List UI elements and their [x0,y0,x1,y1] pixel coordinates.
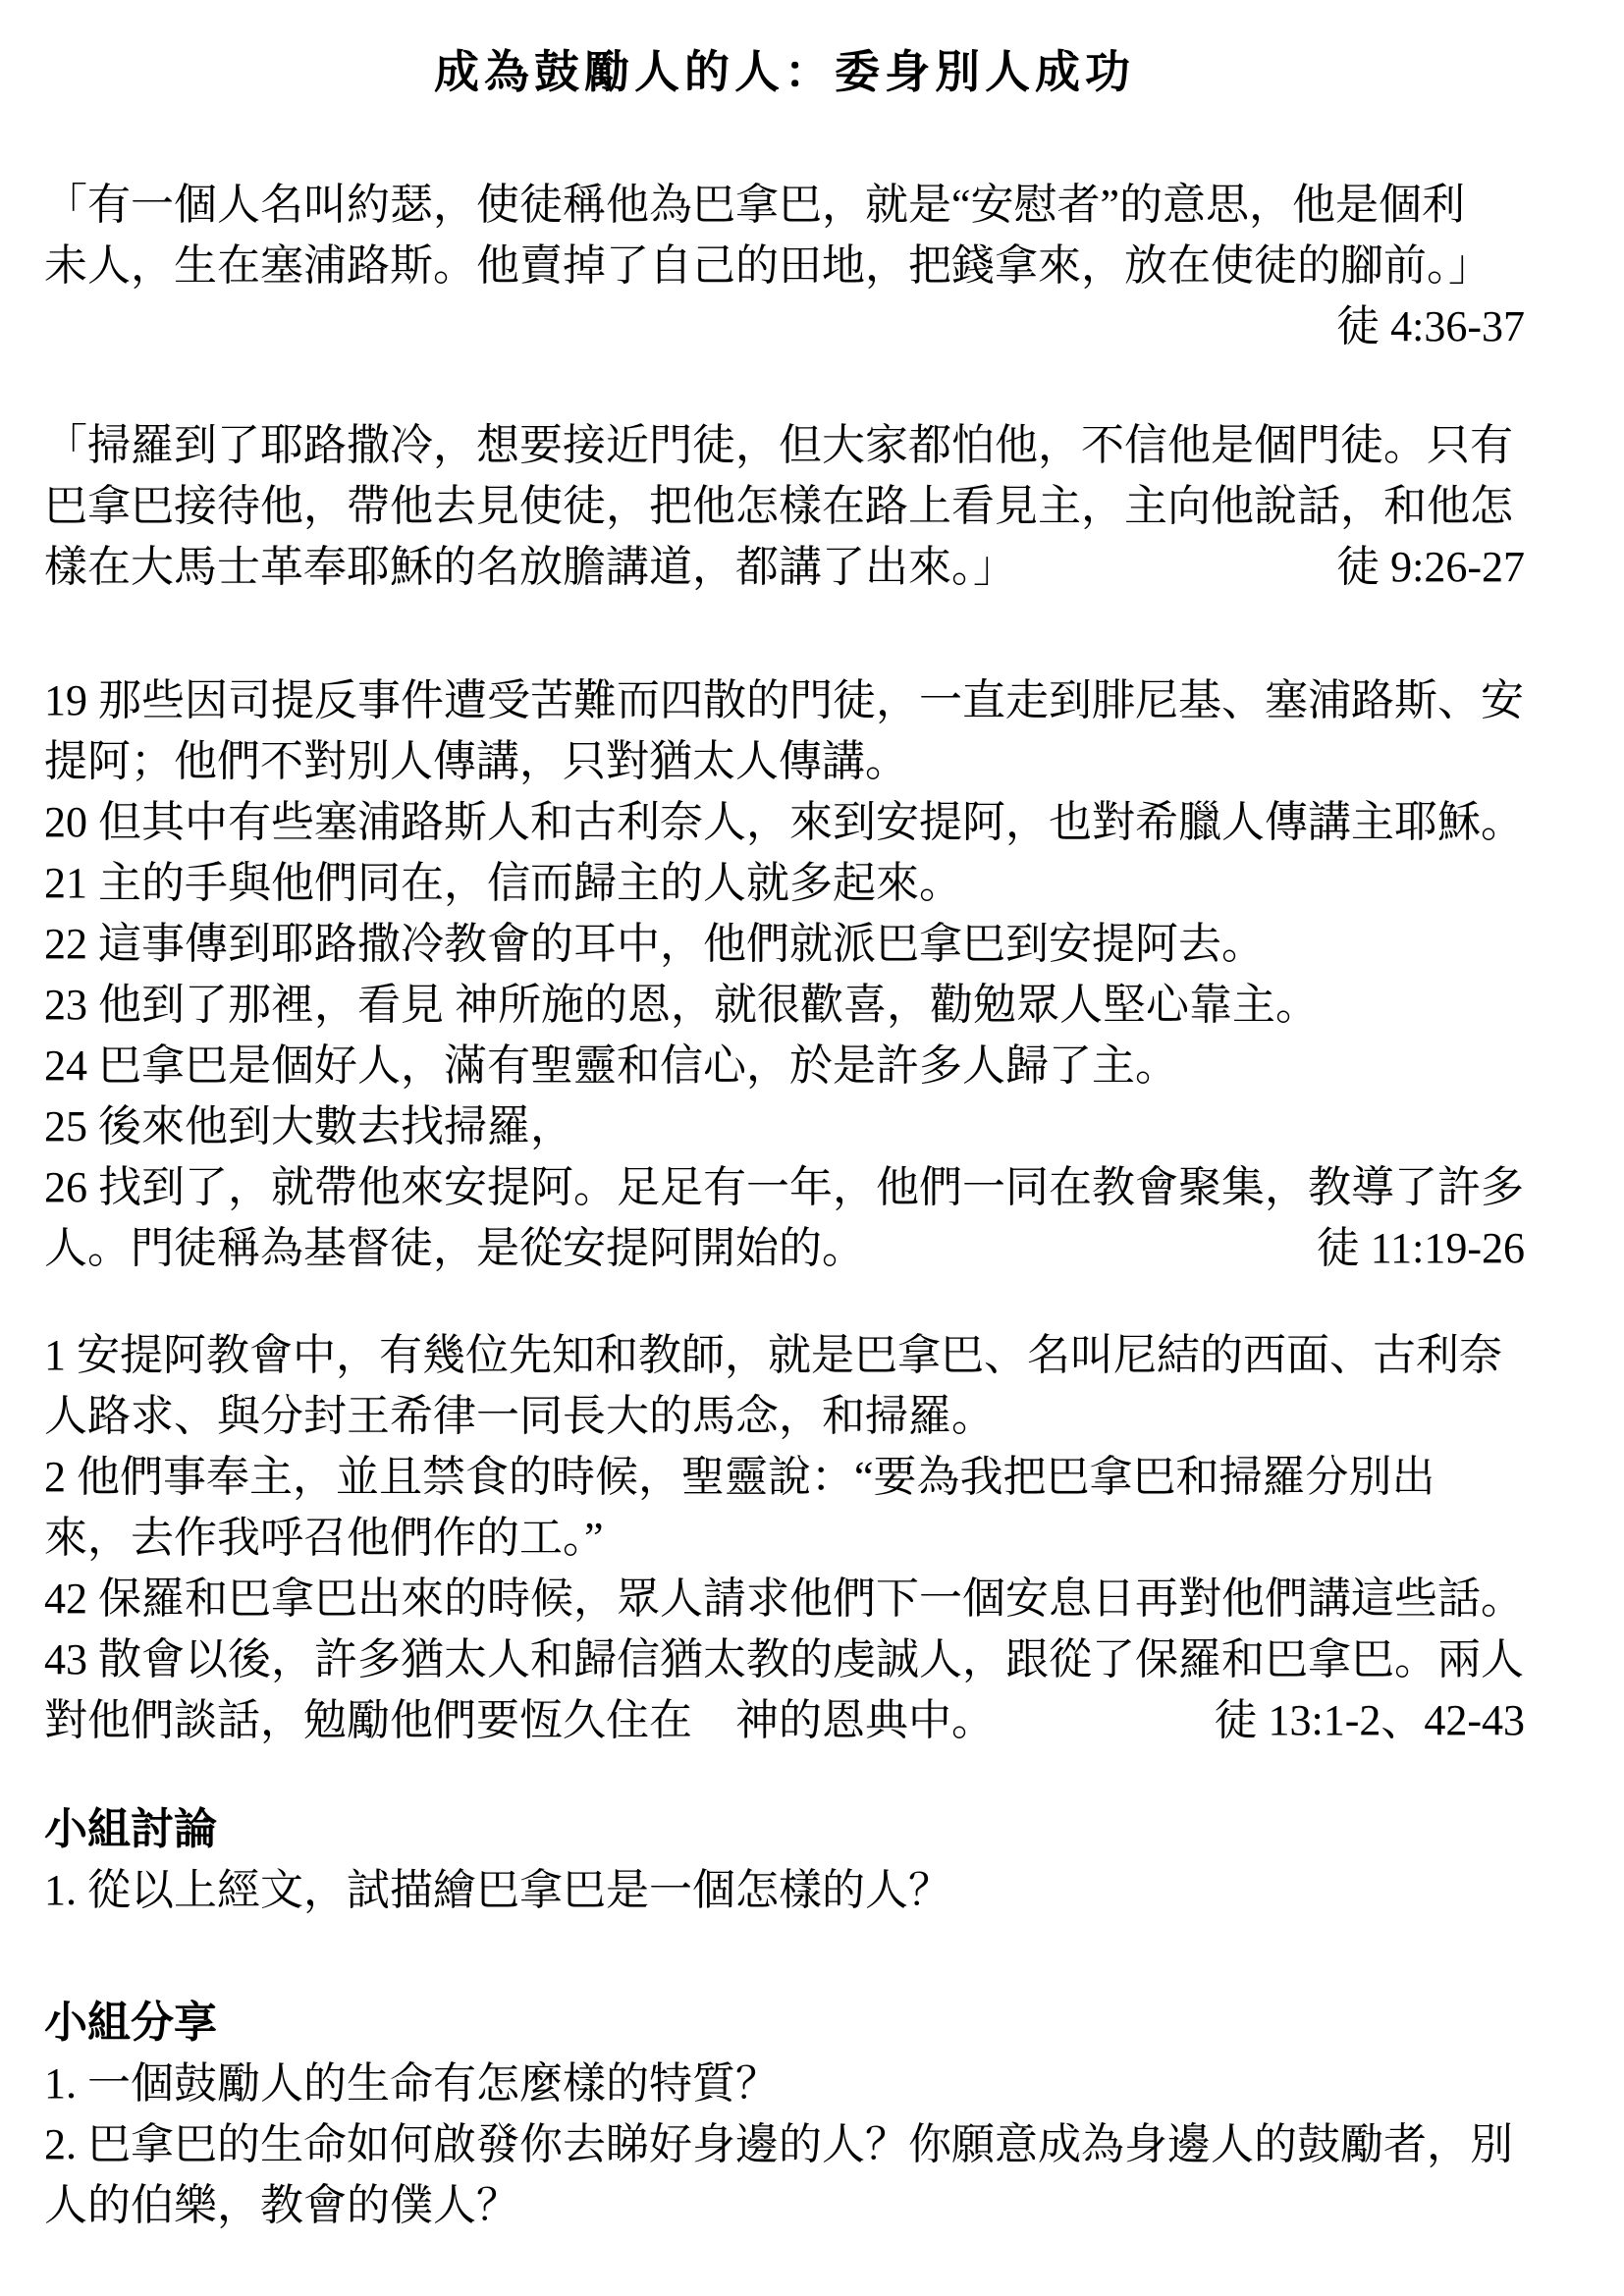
verse-line: 2 他們事奉主，並且禁食的時候，聖靈說：“要為我把巴拿巴和掃羅分別出 [44,1447,1525,1508]
verse-line: 提阿；他們不對別人傳講，只對猶太人傳講。 [44,731,1525,792]
text-line: 未人，生在塞浦路斯。他賣掉了自己的田地，把錢拿來，放在使徒的腳前。」 [44,236,1525,296]
verse-line-with-reference: 對他們談話，勉勵他們要恆久住在 神的恩典中。 徒 13:1-2、42-43 [44,1690,1525,1751]
scripture-reference: 徒 4:36-37 [44,296,1525,357]
quote-acts-4-36-37: 「有一個人名叫約瑟，使徒稱他為巴拿巴，就是“安慰者”的意思，他是個利 未人，生在… [44,175,1525,357]
text-line-with-reference: 樣在大馬士革奉耶穌的名放膽講道，都講了出來。」 徒 9:26-27 [44,537,1525,598]
verse-line: 25 後來他到大數去找掃羅， [44,1096,1525,1157]
group-sharing-section: 小組分享 1. 一個鼓勵人的生命有怎麼樣的特質？ 2. 巴拿巴的生命如何啟發你去… [44,1993,1525,2236]
verse-line: 1 安提阿教會中，有幾位先知和教師，就是巴拿巴、名叫尼結的西面、古利奈 [44,1325,1525,1386]
verse-line: 19 那些因司提反事件遭受苦難而四散的門徒，一直走到腓尼基、塞浦路斯、安 [44,670,1525,731]
group-discussion-section: 小組討論 1. 從以上經文，試描繪巴拿巴是一個怎樣的人？ [44,1799,1525,1921]
verse-line: 人。門徒稱為基督徒，是從安提阿開始的。 [44,1218,865,1279]
scripture-reference: 徒 9:26-27 [1336,537,1525,598]
text-line: 樣在大馬士革奉耶穌的名放膽講道，都講了出來。」 [44,537,1016,598]
text-line: 「掃羅到了耶路撒冷，想要接近門徒，但大家都怕他，不信他是個門徒。只有 [44,415,1525,476]
section-heading: 小組討論 [44,1799,1525,1860]
document-page: 成為鼓勵人的人：委身別人成功 「有一個人名叫約瑟，使徒稱他為巴拿巴，就是“安慰者… [0,0,1624,2296]
sharing-question: 2. 巴拿巴的生命如何啟發你去睇好身邊的人？你願意成為身邊人的鼓勵者，別 [44,2114,1525,2175]
text-line: 巴拿巴接待他，帶他去見使徒，把他怎樣在路上看見主，主向他說話，和他怎 [44,476,1525,537]
verse-line: 23 他到了那裡，看見 神所施的恩，就很歡喜，勸勉眾人堅心靠主。 [44,975,1525,1036]
verse-line: 43 散會以後，許多猶太人和歸信猶太教的虔誠人，跟從了保羅和巴拿巴。兩人 [44,1629,1525,1690]
verse-line: 42 保羅和巴拿巴出來的時候，眾人請求他們下一個安息日再對他們講這些話。 [44,1569,1525,1629]
verse-line: 人路求、與分封王希律一同長大的馬念，和掃羅。 [44,1386,1525,1447]
verse-line: 來，去作我呼召他們作的工。” [44,1508,1525,1569]
verse-line: 26 找到了，就帶他來安提阿。足足有一年，他們一同在教會聚集，教導了許多 [44,1157,1525,1218]
page-title: 成為鼓勵人的人：委身別人成功 [44,41,1525,104]
passage-acts-13: 1 安提阿教會中，有幾位先知和教師，就是巴拿巴、名叫尼結的西面、古利奈 人路求、… [44,1325,1525,1751]
verse-line: 22 這事傳到耶路撒冷教會的耳中，他們就派巴拿巴到安提阿去。 [44,914,1525,975]
sharing-question: 人的伯樂，教會的僕人？ [44,2175,1525,2236]
verse-line: 21 主的手與他們同在，信而歸主的人就多起來。 [44,853,1525,914]
discussion-question: 1. 從以上經文，試描繪巴拿巴是一個怎樣的人？ [44,1860,1525,1921]
verse-line-with-reference: 人。門徒稱為基督徒，是從安提阿開始的。 徒 11:19-26 [44,1218,1525,1279]
sharing-question: 1. 一個鼓勵人的生命有怎麼樣的特質？ [44,2054,1525,2114]
passage-acts-11-19-26: 19 那些因司提反事件遭受苦難而四散的門徒，一直走到腓尼基、塞浦路斯、安 提阿；… [44,670,1525,1279]
scripture-reference: 徒 11:19-26 [1317,1218,1525,1279]
verse-line: 24 巴拿巴是個好人，滿有聖靈和信心，於是許多人歸了主。 [44,1036,1525,1096]
verse-line: 20 但其中有些塞浦路斯人和古利奈人，來到安提阿，也對希臘人傳講主耶穌。 [44,792,1525,853]
text-line: 「有一個人名叫約瑟，使徒稱他為巴拿巴，就是“安慰者”的意思，他是個利 [44,175,1525,236]
scripture-reference: 徒 13:1-2、42-43 [1214,1690,1525,1751]
quote-acts-9-26-27: 「掃羅到了耶路撒冷，想要接近門徒，但大家都怕他，不信他是個門徒。只有 巴拿巴接待… [44,415,1525,598]
section-heading: 小組分享 [44,1993,1525,2054]
verse-line: 對他們談話，勉勵他們要恆久住在 神的恩典中。 [44,1690,995,1751]
